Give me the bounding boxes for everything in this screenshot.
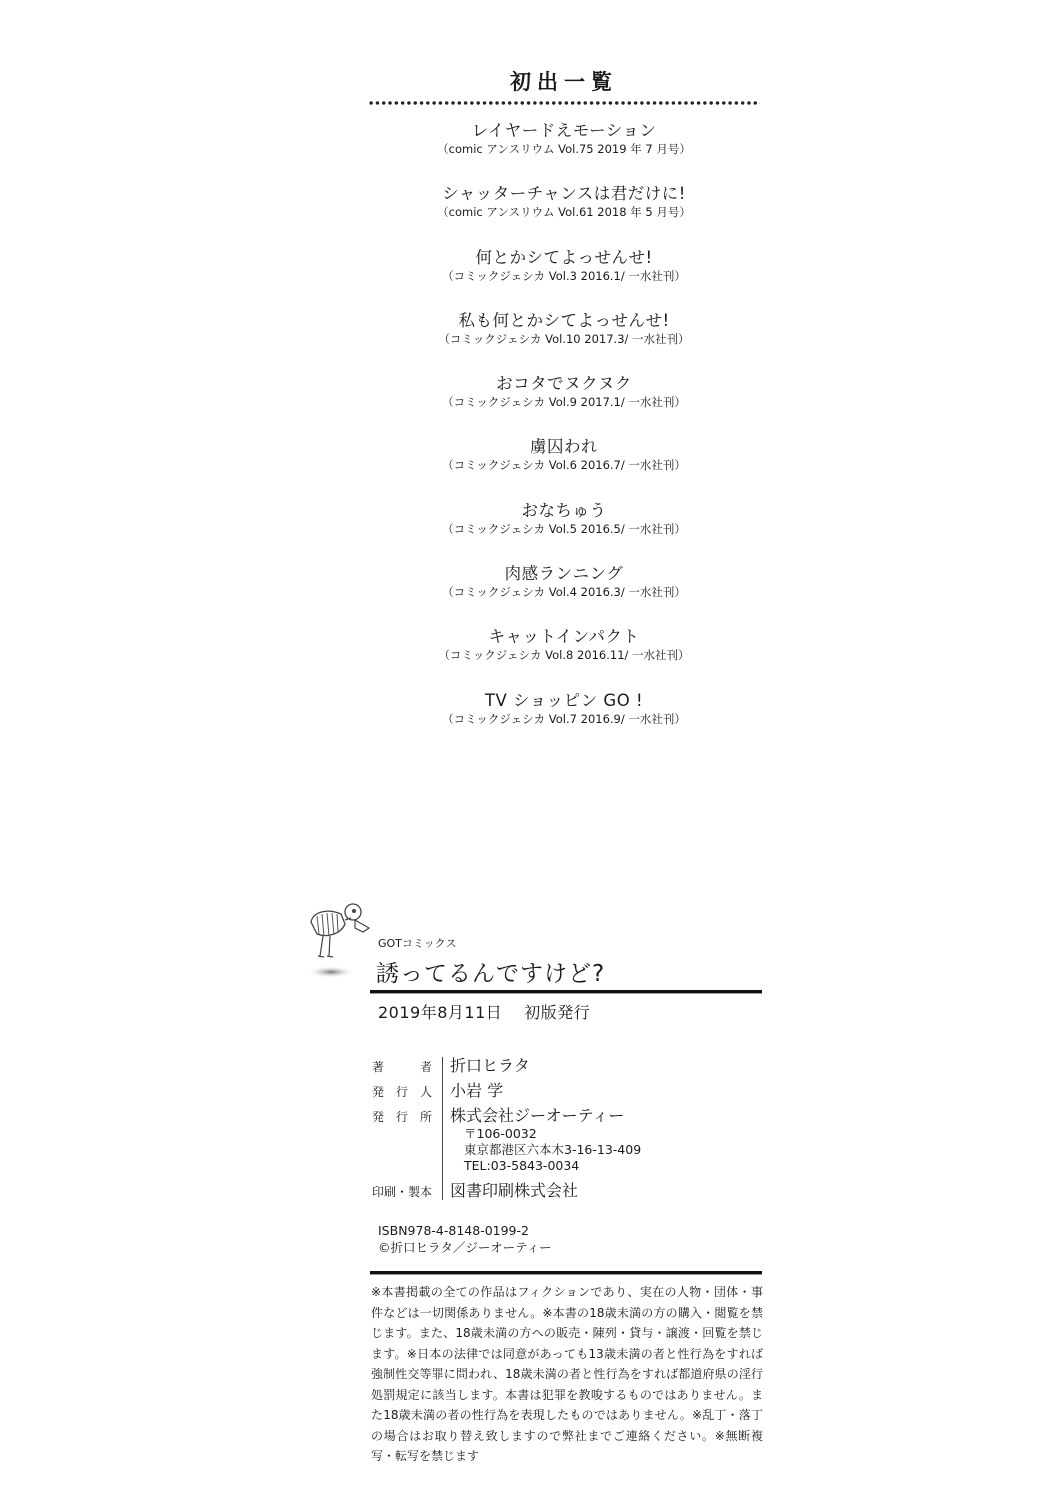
copyright: ©折口ヒラタ／ジーオーティー [378,1239,552,1256]
isbn: ISBN978-4-8148-0199-2 [378,1222,552,1239]
date-text: 2019年8月11日 [378,1003,502,1022]
work-source: （コミックジェシカ Vol.4 2016.3/ 一水社刊） [368,585,760,599]
list-item: おなちゅう （コミックジェシカ Vol.5 2016.5/ 一水社刊） [368,500,760,563]
credit-publisher: 発行所 株式会社ジーオーティー [372,1103,641,1128]
list-item: 私も何とかシてよっせんせ! （コミックジェシカ Vol.10 2017.3/ 一… [368,310,760,373]
work-source: （comic アンスリウム Vol.61 2018 年 5 月号） [368,205,760,219]
book-title: 誘ってるんですけど? [376,955,605,988]
work-title: キャットインパクト [368,626,760,648]
list-item: 何とかシてよっせんせ! （コミックジェシカ Vol.3 2016.1/ 一水社刊… [368,247,760,310]
work-source: （コミックジェシカ Vol.10 2017.3/ 一水社刊） [368,332,760,346]
work-source: （コミックジェシカ Vol.3 2016.1/ 一水社刊） [368,269,760,283]
credit-value: 小岩 学 [438,1078,503,1103]
credit-label: 著者 [372,1058,438,1075]
work-source: （コミックジェシカ Vol.6 2016.7/ 一水社刊） [368,458,760,472]
notice-divider [370,1271,762,1275]
publisher-address: 〒106-0032 東京都港区六本木3-16-13-409 TEL:03-584… [372,1126,641,1174]
page-title: 初出一覧 [368,66,760,96]
list-item: おコタでヌクヌク （コミックジェシカ Vol.9 2017.1/ 一水社刊） [368,373,760,436]
credit-label: 発行所 [372,1108,438,1125]
work-title: おコタでヌクヌク [368,373,760,395]
credits-divider [442,1057,443,1200]
list-item: シャッターチャンスは君だけに! （comic アンスリウム Vol.61 201… [368,183,760,246]
credit-author: 著者 折口ヒラタ [372,1053,641,1078]
work-title: 虜囚われ [368,436,760,458]
list-item: 虜囚われ （コミックジェシカ Vol.6 2016.7/ 一水社刊） [368,436,760,499]
work-title: シャッターチャンスは君だけに! [368,183,760,205]
work-source: （コミックジェシカ Vol.9 2017.1/ 一水社刊） [368,395,760,409]
work-title: おなちゅう [368,500,760,522]
work-title: レイヤードえモーション [368,120,760,142]
work-source: （comic アンスリウム Vol.75 2019 年 7 月号） [368,142,760,156]
legal-notice: ※本書掲載の全ての作品はフィクションであり、実在の人物・団体・事件などは一切関係… [371,1282,763,1467]
credit-publisher-person: 発行人 小岩 学 [372,1078,641,1103]
publication-date: 2019年8月11日初版発行 [378,1000,590,1023]
credits-block: 著者 折口ヒラタ 発行人 小岩 学 発行所 株式会社ジーオーティー 〒106-0… [372,1053,641,1203]
edition-text: 初版発行 [524,1003,590,1022]
dotted-divider [368,100,760,106]
postal-code: 〒106-0032 [464,1126,641,1142]
work-title: 肉感ランニング [368,563,760,585]
street-address: 東京都港区六本木3-16-13-409 [464,1142,641,1158]
work-source: （コミックジェシカ Vol.7 2016.9/ 一水社刊） [368,712,760,726]
list-item: レイヤードえモーション （comic アンスリウム Vol.75 2019 年 … [368,120,760,183]
first-appearance-list: レイヤードえモーション （comic アンスリウム Vol.75 2019 年 … [368,120,760,753]
work-title: 何とかシてよっせんせ! [368,247,760,269]
work-title: TV ショッピン GO ! [368,690,760,712]
credit-value: 株式会社ジーオーティー [438,1103,624,1128]
imprint-label: GOTコミックス [378,935,457,951]
credit-value: 折口ヒラタ [438,1053,530,1078]
phone-number: TEL:03-5843-0034 [464,1158,641,1174]
list-item: TV ショッピン GO ! （コミックジェシカ Vol.7 2016.9/ 一水… [368,690,760,753]
list-item: キャットインパクト （コミックジェシカ Vol.8 2016.11/ 一水社刊） [368,626,760,689]
credit-label: 印刷・製本 [372,1183,438,1200]
work-title: 私も何とかシてよっせんせ! [368,310,760,332]
work-source: （コミックジェシカ Vol.8 2016.11/ 一水社刊） [368,648,760,662]
work-source: （コミックジェシカ Vol.5 2016.5/ 一水社刊） [368,522,760,536]
credit-label: 発行人 [372,1083,438,1100]
bird-mascot-icon [305,900,375,980]
list-item: 肉感ランニング （コミックジェシカ Vol.4 2016.3/ 一水社刊） [368,563,760,626]
credit-printer: 印刷・製本 図書印刷株式会社 [372,1178,641,1203]
title-divider [370,990,762,994]
credit-value: 図書印刷株式会社 [438,1178,578,1203]
isbn-block: ISBN978-4-8148-0199-2 ©折口ヒラタ／ジーオーティー [378,1222,552,1256]
